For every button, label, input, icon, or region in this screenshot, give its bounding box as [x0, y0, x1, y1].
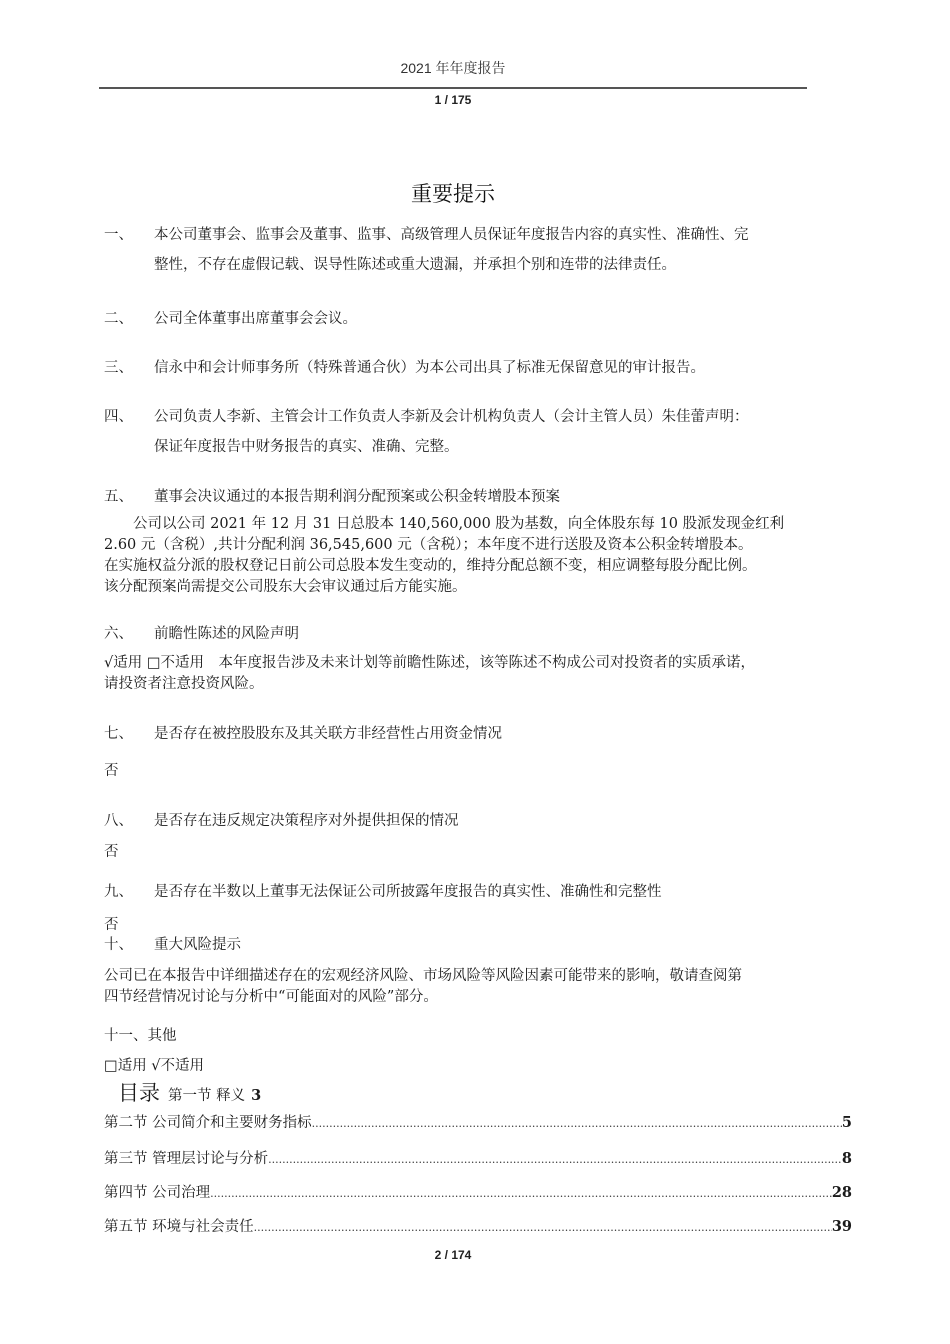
- paragraph-line: 在实施权益分派的股权登记日前公司总股本发生变动的，维持分配总额不变，相应调整每股…: [104, 556, 860, 577]
- toc-entry-label: 第二节 公司简介和主要财务指标: [104, 1113, 312, 1133]
- notice-item-3: 三、信永中和会计师事务所（特殊普通合伙）为本公司出具了标准无保留意见的审计报告。: [104, 355, 705, 381]
- toc-leader-dots: [268, 1150, 842, 1170]
- item-title: 其他: [148, 1028, 177, 1044]
- item-text-line: 公司全体董事出席董事会会议。: [154, 311, 357, 327]
- toc-entry-label: 第四节 公司治理: [104, 1183, 210, 1203]
- item-number: 八、: [104, 808, 154, 834]
- page-title: 重要提示: [0, 178, 906, 208]
- toc-entry-page: 28: [832, 1183, 852, 1203]
- major-risk-paragraph: 公司已在本报告中详细描述存在的宏观经济风险、市场风险等风险因素可能带来的影响，敬…: [104, 966, 860, 1008]
- notice-item-6-title: 六、前瞻性陈述的风险声明: [104, 621, 299, 647]
- profit-distribution-paragraph: 公司以公司 2021 年 12 月 31 日总股本 140,560,000 股为…: [104, 514, 860, 598]
- toc-entry[interactable]: 第四节 公司治理 28: [104, 1183, 852, 1204]
- page-number-top: 1 / 175: [0, 93, 906, 107]
- report-header-title: 2021 年年度报告: [0, 58, 906, 78]
- forward-looking-statement: √适用 □不适用 本年度报告涉及未来计划等前瞻性陈述，该等陈述不构成公司对投资者…: [104, 653, 860, 695]
- notice-item-4: 四、公司负责人李新、主管会计工作负责人李新及会计机构负责人（会计主管人员）朱佳蕾…: [104, 404, 749, 460]
- notice-item-8-title: 八、是否存在违反规定决策程序对外提供担保的情况: [104, 808, 459, 834]
- item-text-line: 信永中和会计师事务所（特殊普通合伙）为本公司出具了标准无保留意见的审计报告。: [154, 360, 705, 376]
- item-number: 二、: [104, 306, 154, 332]
- toc-leader-dots: [210, 1184, 832, 1204]
- item-number: 一、: [104, 222, 154, 248]
- item-7-answer: 否: [104, 761, 119, 781]
- paragraph-line: 公司以公司 2021 年 12 月 31 日总股本 140,560,000 股为…: [104, 514, 860, 535]
- notice-item-9-title: 九、是否存在半数以上董事无法保证公司所披露年度报告的真实性、准确性和完整性: [104, 879, 662, 905]
- item-number: 三、: [104, 355, 154, 381]
- item-number: 十一、: [104, 1028, 148, 1044]
- item-number: 七、: [104, 721, 154, 747]
- item-number: 十、: [104, 935, 154, 955]
- toc-entry[interactable]: 第三节 管理层讨论与分析 8: [104, 1149, 852, 1170]
- paragraph-line: 公司已在本报告中详细描述存在的宏观经济风险、市场风险等风险因素可能带来的影响，敬…: [104, 966, 860, 987]
- paragraph-line: 2.60 元（含税）,共计分配利润 36,545,600 元（含税）；本年度不进…: [104, 535, 860, 556]
- item-number: 六、: [104, 621, 154, 647]
- toc-heading: 目录: [118, 1081, 160, 1105]
- item-9-answer: 否: [104, 915, 119, 935]
- item-11-applicability: □适用 √不适用: [104, 1056, 204, 1076]
- toc-leader-dots: [254, 1218, 832, 1238]
- toc-entry-label: 第五节 环境与社会责任: [104, 1217, 254, 1237]
- item-text-line: 本公司董事会、监事会及董事、监事、高级管理人员保证年度报告内容的真实性、准确性、…: [154, 227, 749, 243]
- toc-entry[interactable]: 第二节 公司简介和主要财务指标 5: [104, 1113, 852, 1134]
- item-text-line: 整性，不存在虚假记载、误导性陈述或重大遗漏，并承担个别和连带的法律责任。: [104, 252, 749, 278]
- item-text-line: 公司负责人李新、主管会计工作负责人李新及会计机构负责人（会计主管人员）朱佳蕾声明…: [154, 409, 749, 425]
- header-divider: [99, 87, 807, 89]
- toc-heading-row: 目录第一节 释义3: [118, 1077, 261, 1107]
- toc-entry-page: 39: [832, 1217, 852, 1237]
- item-8-answer: 否: [104, 842, 119, 862]
- item-title: 前瞻性陈述的风险声明: [154, 626, 299, 642]
- item-title: 董事会决议通过的本报告期利润分配预案或公积金转增股本预案: [154, 489, 560, 505]
- toc-entry[interactable]: 第五节 环境与社会责任 39: [104, 1217, 852, 1238]
- notice-item-1: 一、本公司董事会、监事会及董事、监事、高级管理人员保证年度报告内容的真实性、准确…: [104, 222, 749, 278]
- item-text-line: 保证年度报告中财务报告的真实、准确、完整。: [104, 434, 749, 460]
- item-number: 五、: [104, 484, 154, 510]
- paragraph-line: 四节经营情况讨论与分析中“可能面对的风险”部分。: [104, 987, 860, 1008]
- item-title: 是否存在违反规定决策程序对外提供担保的情况: [154, 813, 459, 829]
- item-number: 四、: [104, 404, 154, 430]
- paragraph-line: 请投资者注意投资风险。: [104, 674, 860, 695]
- notice-item-11-title: 十一、其他: [104, 1026, 177, 1046]
- item-title: 是否存在被控股股东及其关联方非经营性占用资金情况: [154, 726, 502, 742]
- paragraph-line: 该分配预案尚需提交公司股东大会审议通过后方能实施。: [104, 577, 860, 598]
- toc-leader-dots: [312, 1114, 842, 1134]
- toc-entry-page: 5: [842, 1113, 852, 1133]
- toc-entry-label: 第三节 管理层讨论与分析: [104, 1149, 268, 1169]
- item-number: 九、: [104, 879, 154, 905]
- toc-entry-page[interactable]: 3: [251, 1087, 261, 1104]
- item-title: 重大风险提示: [154, 937, 241, 953]
- page-number-bottom: 2 / 174: [0, 1248, 906, 1262]
- notice-item-10-title: 十、重大风险提示: [104, 935, 241, 955]
- paragraph-line: √适用 □不适用 本年度报告涉及未来计划等前瞻性陈述，该等陈述不构成公司对投资者…: [104, 653, 860, 674]
- notice-item-2: 二、公司全体董事出席董事会会议。: [104, 306, 357, 332]
- toc-entry-label[interactable]: 第一节 释义: [168, 1088, 245, 1104]
- notice-item-5-title: 五、董事会决议通过的本报告期利润分配预案或公积金转增股本预案: [104, 484, 560, 510]
- toc-entry-page: 8: [842, 1149, 852, 1169]
- item-title: 是否存在半数以上董事无法保证公司所披露年度报告的真实性、准确性和完整性: [154, 884, 662, 900]
- notice-item-7-title: 七、是否存在被控股股东及其关联方非经营性占用资金情况: [104, 721, 502, 747]
